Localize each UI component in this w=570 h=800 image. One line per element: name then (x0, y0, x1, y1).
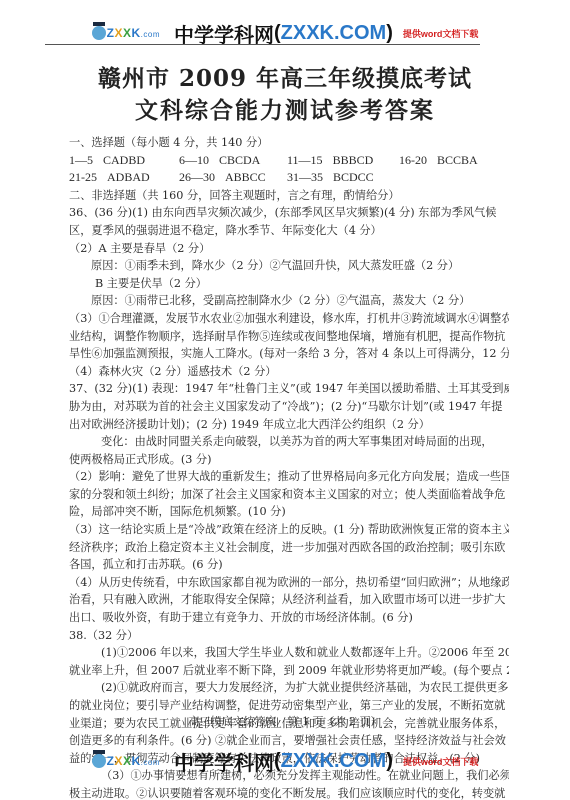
answer-group: 6—10CBCDA (179, 152, 287, 170)
footer-banner: ZXXK.com 中学学科网 ( ZXXK.COM ) 提供word文档下载 (0, 744, 570, 778)
answer-group: 26—30ABBCC (179, 169, 287, 187)
site-domain: ZXXK.COM (281, 750, 387, 773)
text-line: （2）影响：避免了世界大战的重新发生；推动了世界格局向多元化方向发展；造成一些国 (69, 468, 509, 486)
text-line: 变化：由战时同盟关系走向破裂，以美苏为首的两大军事集团对峙局面的出现， (69, 433, 509, 451)
answer-row: 1—5CADBD 6—10CBCDA 11—15BBBCD 16-20BCCBA (69, 152, 509, 170)
answer-group: 16-20BCCBA (399, 152, 509, 170)
download-promo: 提供word文档下载 (403, 755, 479, 768)
text-line: 36、(36 分)(1) 由东向西旱灾频次减少，(东部季风区旱灾频繁)(4 分)… (69, 204, 509, 222)
document-subtitle: 文科综合能力测试参考答案 (0, 92, 570, 125)
answer-key-body: 一、选择题（每小题 4 分，共 140 分） 1—5CADBD 6—10CBCD… (69, 134, 509, 800)
text-line: （4）从历史传统看，中东欧国家都自视为欧洲的一部分，热切希望“回归欧洲”；从地缘… (69, 574, 509, 592)
paren-close: ) (386, 750, 393, 773)
mascot-icon (92, 754, 106, 768)
site-name: 中学学科网 (174, 747, 274, 776)
text-line: （3）①合理灌溉，发展节水农业②加强水利建设，修水库，打机井③跨流域调水④调整农 (69, 310, 509, 328)
text-line: 经济秩序；政治上稳定资本主义社会制度，进一步加强对西欧各国的政治控制；吸引东欧 (69, 539, 509, 557)
text-line: B 主要是伏旱（2 分） (69, 275, 509, 293)
text-line: (1)①2006 年以来，我国大学生毕业人数和就业人数都逐年上升。②2006 年… (69, 644, 509, 662)
text-line: 的就业岗位；要引导产业结构调整，促进劳动密集型产业，第三产业的发展，不断拓宽就 (69, 697, 509, 715)
document-title: 赣州市 2009 年高三年级摸底考试 (0, 60, 570, 93)
section-heading-multiple-choice: 一、选择题（每小题 4 分，共 140 分） (69, 134, 509, 152)
mascot-icon (92, 26, 106, 40)
text-line: 极主动进取。②认识要随着客观环境的变化不断发展。我们应该顺应时代的变化，转变就 (69, 785, 509, 800)
text-line: （2）A 主要是春旱（2 分） (69, 240, 509, 258)
text-line: 家的分裂和领土纠纷；加深了社会主义国家和资本主义国家的对立；使人类面临着战争危 (69, 486, 509, 504)
answer-row: 21-25ADBAD 26—30ABBCC 31—35BCDCC (69, 169, 509, 187)
paren-close: ) (386, 22, 393, 45)
answer-group: 31—35BCDCC (287, 169, 399, 187)
answer-group: 21-25ADBAD (69, 169, 179, 187)
text-line: 区，夏季风的强弱进退不稳定，降水季节、年际变化大（4 分） (69, 222, 509, 240)
text-line: 业结构，调整作物顺序，选择耐旱作物⑤连续或夜间整地保墒，增施有机肥，提高作物抗 (69, 328, 509, 346)
zxxk-logo: ZXXK.com (92, 26, 160, 40)
paren-open: ( (274, 750, 281, 773)
paren-open: ( (274, 22, 281, 45)
text-line: 原因：①雨带已北移，受副高控制降水少（2 分）②气温高，蒸发大（2 分） (69, 292, 509, 310)
text-line: 胁为由，对苏联为首的社会主义国家发动了“冷战”)；(2 分)“马歇尔计划”(或 … (69, 398, 509, 416)
site-domain: ZXXK.COM (281, 22, 387, 45)
page-number-footer: 高三摸底文综答案 第 1 页（共 2 页） (0, 713, 570, 729)
text-line: 险，局部冲突不断，国际危机频繁。(10 分) (69, 503, 509, 521)
text-line: 就业率上升，但 2007 后就业率不断下降，到 2009 年就业形势将更加严峻。… (69, 662, 509, 680)
logo-wordmark: ZXXK.com (107, 754, 160, 768)
text-line: 出口、吸收外资，有助于建立有竞争力、开放的市场经济体制。(6 分) (69, 609, 509, 627)
text-line: 出对欧洲经济援助计划)；(2 分) 1949 年成立北大西洋公约组织（2 分） (69, 416, 509, 434)
answer-group: 1—5CADBD (69, 152, 179, 170)
answer-group: 11—15BBBCD (287, 152, 399, 170)
text-line: (2)①就政府而言，要大力发展经济，为扩大就业提供经济基础，为农民工提供更多 (69, 679, 509, 697)
logo-wordmark: ZXXK.com (107, 26, 160, 40)
text-line: 38.（32 分） (69, 627, 509, 645)
download-promo: 提供word文档下载 (403, 27, 479, 40)
text-line: （4）森林火灾（2 分）遥感技术（2 分） (69, 363, 509, 381)
text-line: 使两极格局正式形成。(3 分) (69, 451, 509, 469)
header-divider (45, 44, 480, 45)
text-line: 旱性⑥加强监测预报，实施人工降水。(每对一条给 3 分，答对 4 条以上可得满分… (69, 345, 509, 363)
text-line: （3）这一结论实质上是“冷战”政策在经济上的反映。(1 分) 帮助欧洲恢复正常的… (69, 521, 509, 539)
text-line: 各国，孤立和打击苏联。(6 分) (69, 556, 509, 574)
text-line: 37、(32 分)(1) 表现：1947 年“杜鲁门主义”(或 1947 年美国… (69, 380, 509, 398)
text-line: 原因：①雨季未到，降水少（2 分）②气温回升快，风大蒸发旺盛（2 分） (69, 257, 509, 275)
zxxk-logo: ZXXK.com (92, 754, 160, 768)
text-line: 治看，只有融入欧洲，才能取得安全保障；从经济利益看，加入欧盟市场可以进一步扩大 (69, 591, 509, 609)
section-heading-open-questions: 二、非选择题（共 160 分，回答主观题时，言之有理，酌情给分） (69, 187, 509, 205)
